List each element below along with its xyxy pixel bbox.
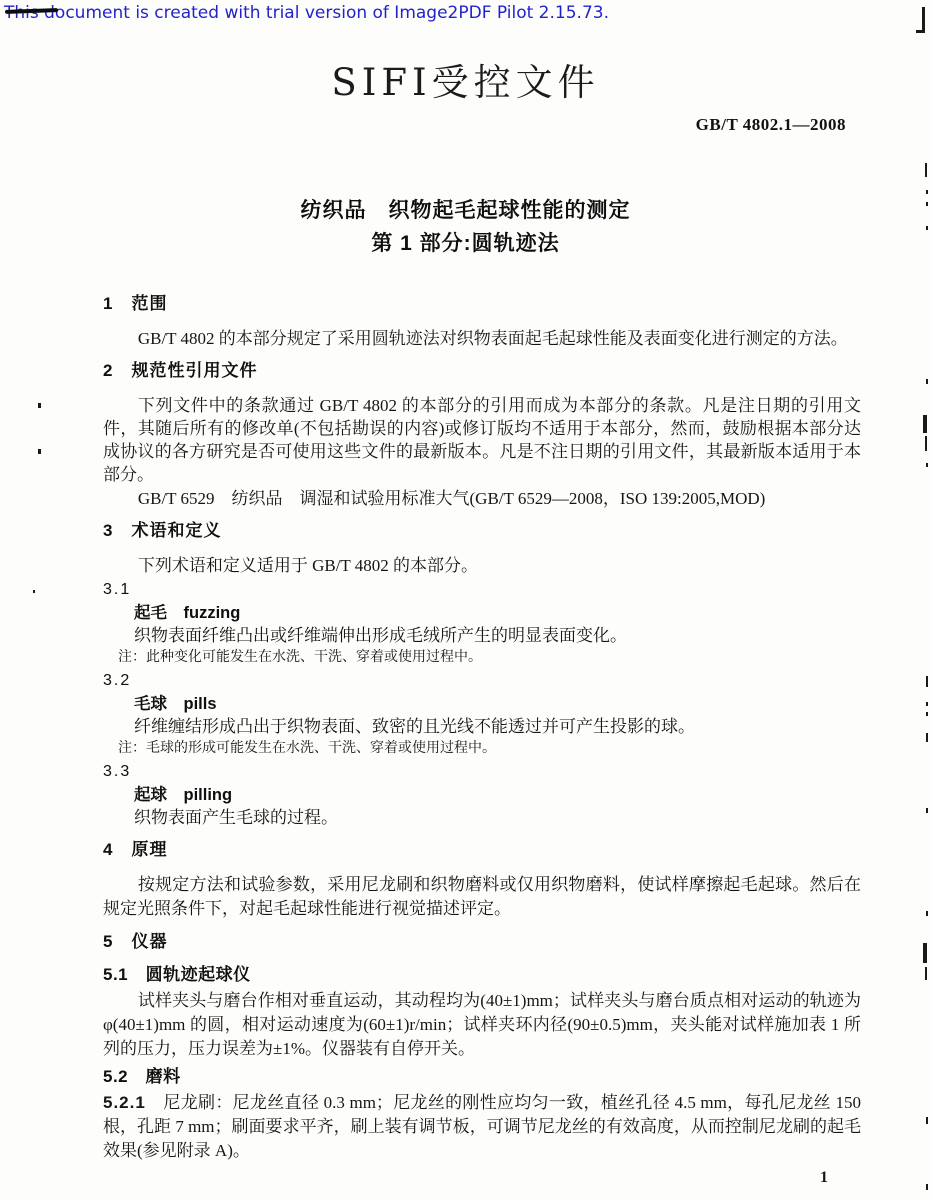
scan-artifact [33,590,35,593]
scan-artifact [916,30,925,33]
section-5-2-1-paragraph: 5.2.1 尼龙刷：尼龙丝直径 0.3 mm；尼龙丝的刚性应均匀一致，植丝孔径 … [103,1091,861,1163]
scan-artifact [926,702,928,706]
section-3-heading: 3 术语和定义 [103,521,861,541]
section-2-heading: 2 规范性引用文件 [103,361,861,381]
section-2-reference: GB/T 6529 纺织品 调湿和试验用标准大气(GB/T 6529—2008，… [103,487,861,510]
document-title-line2: 第 1 部分:圆轨迹法 [0,227,931,257]
document-title-line1: 纺织品 织物起毛起球性能的测定 [0,194,931,224]
section-5-heading: 5 仪器 [103,932,861,952]
scan-artifact [926,733,928,742]
scan-artifact [923,943,927,963]
section-3-intro: 下列术语和定义适用于 GB/T 4802 的本部分。 [103,554,861,577]
scan-artifact [926,911,928,916]
scan-artifact [923,415,927,433]
section-2-paragraph: 下列文件中的条款通过 GB/T 4802 的本部分的引用而成为本部分的条款。凡是… [103,394,861,486]
section-1-heading: 1 范围 [103,294,861,314]
section-5-1-paragraph: 试样夹头与磨台作相对垂直运动，其动程均为(40±1)mm；试样夹头与磨台质点相对… [103,989,861,1061]
page-number: 1 [820,1169,828,1187]
trial-watermark-text: This document is created with trial vers… [4,3,609,23]
section-4-paragraph: 按规定方法和试验参数，采用尼龙刷和织物磨料或仅用织物磨料，使试样摩擦起毛起球。然… [103,873,861,921]
term-3-1-number: 3.1 [103,579,861,601]
section-1-paragraph: GB/T 4802 的本部分规定了采用圆轨迹法对织物表面起毛起球性能及表面变化进… [103,327,861,350]
scan-artifact [926,1184,928,1190]
scan-artifact [926,808,928,813]
term-3-3-number: 3.3 [103,761,861,783]
term-3-2-definition: 纤维缠结形成凸出于织物表面、致密的且光线不能透过并可产生投影的球。 [134,716,861,738]
scanned-document-page: This document is created with trial vers… [0,0,931,1200]
standard-number: GB/T 4802.1—2008 [696,115,846,135]
scan-artifact [926,676,928,687]
term-3-2-number: 3.2 [103,670,861,692]
section-4-heading: 4 原理 [103,840,861,860]
term-3-2-title: 毛球 pills [134,693,861,715]
scan-artifact [926,712,928,716]
scan-artifact [38,449,41,454]
scan-artifact [925,163,927,177]
section-5-2-1-number: 5.2.1 [103,1093,146,1112]
scan-artifact [926,190,928,194]
term-3-2-note: 注：毛球的形成可能发生在水洗、干洗、穿着或使用过程中。 [118,739,861,759]
scan-artifact [925,967,927,980]
term-3-1-definition: 织物表面纤维凸出或纤维端伸出形成毛绒所产生的明显表面变化。 [134,625,861,647]
term-3-1-note: 注：此种变化可能发生在水洗、干洗、穿着或使用过程中。 [118,648,861,668]
scan-artifact [926,1117,928,1124]
stamp-title: SIFI受控文件 [0,52,931,106]
scan-artifact [926,226,928,230]
scan-artifact [38,403,41,408]
document-body: 1 范围 GB/T 4802 的本部分规定了采用圆轨迹法对织物表面起毛起球性能及… [103,289,861,1163]
scan-artifact [926,463,928,467]
term-3-3-title: 起球 pilling [134,784,861,806]
scan-artifact [926,379,928,384]
term-3-3-definition: 织物表面产生毛球的过程。 [134,807,861,829]
scan-artifact [926,202,928,206]
section-5-2-1-text: 尼龙刷：尼龙丝直径 0.3 mm；尼龙丝的刚性应均匀一致，植丝孔径 4.5 mm… [103,1093,861,1160]
section-5-1-heading: 5.1 圆轨迹起球仪 [103,965,861,985]
term-3-1-title: 起毛 fuzzing [134,602,861,624]
section-5-2-heading: 5.2 磨料 [103,1067,861,1087]
scan-artifact [925,436,927,451]
